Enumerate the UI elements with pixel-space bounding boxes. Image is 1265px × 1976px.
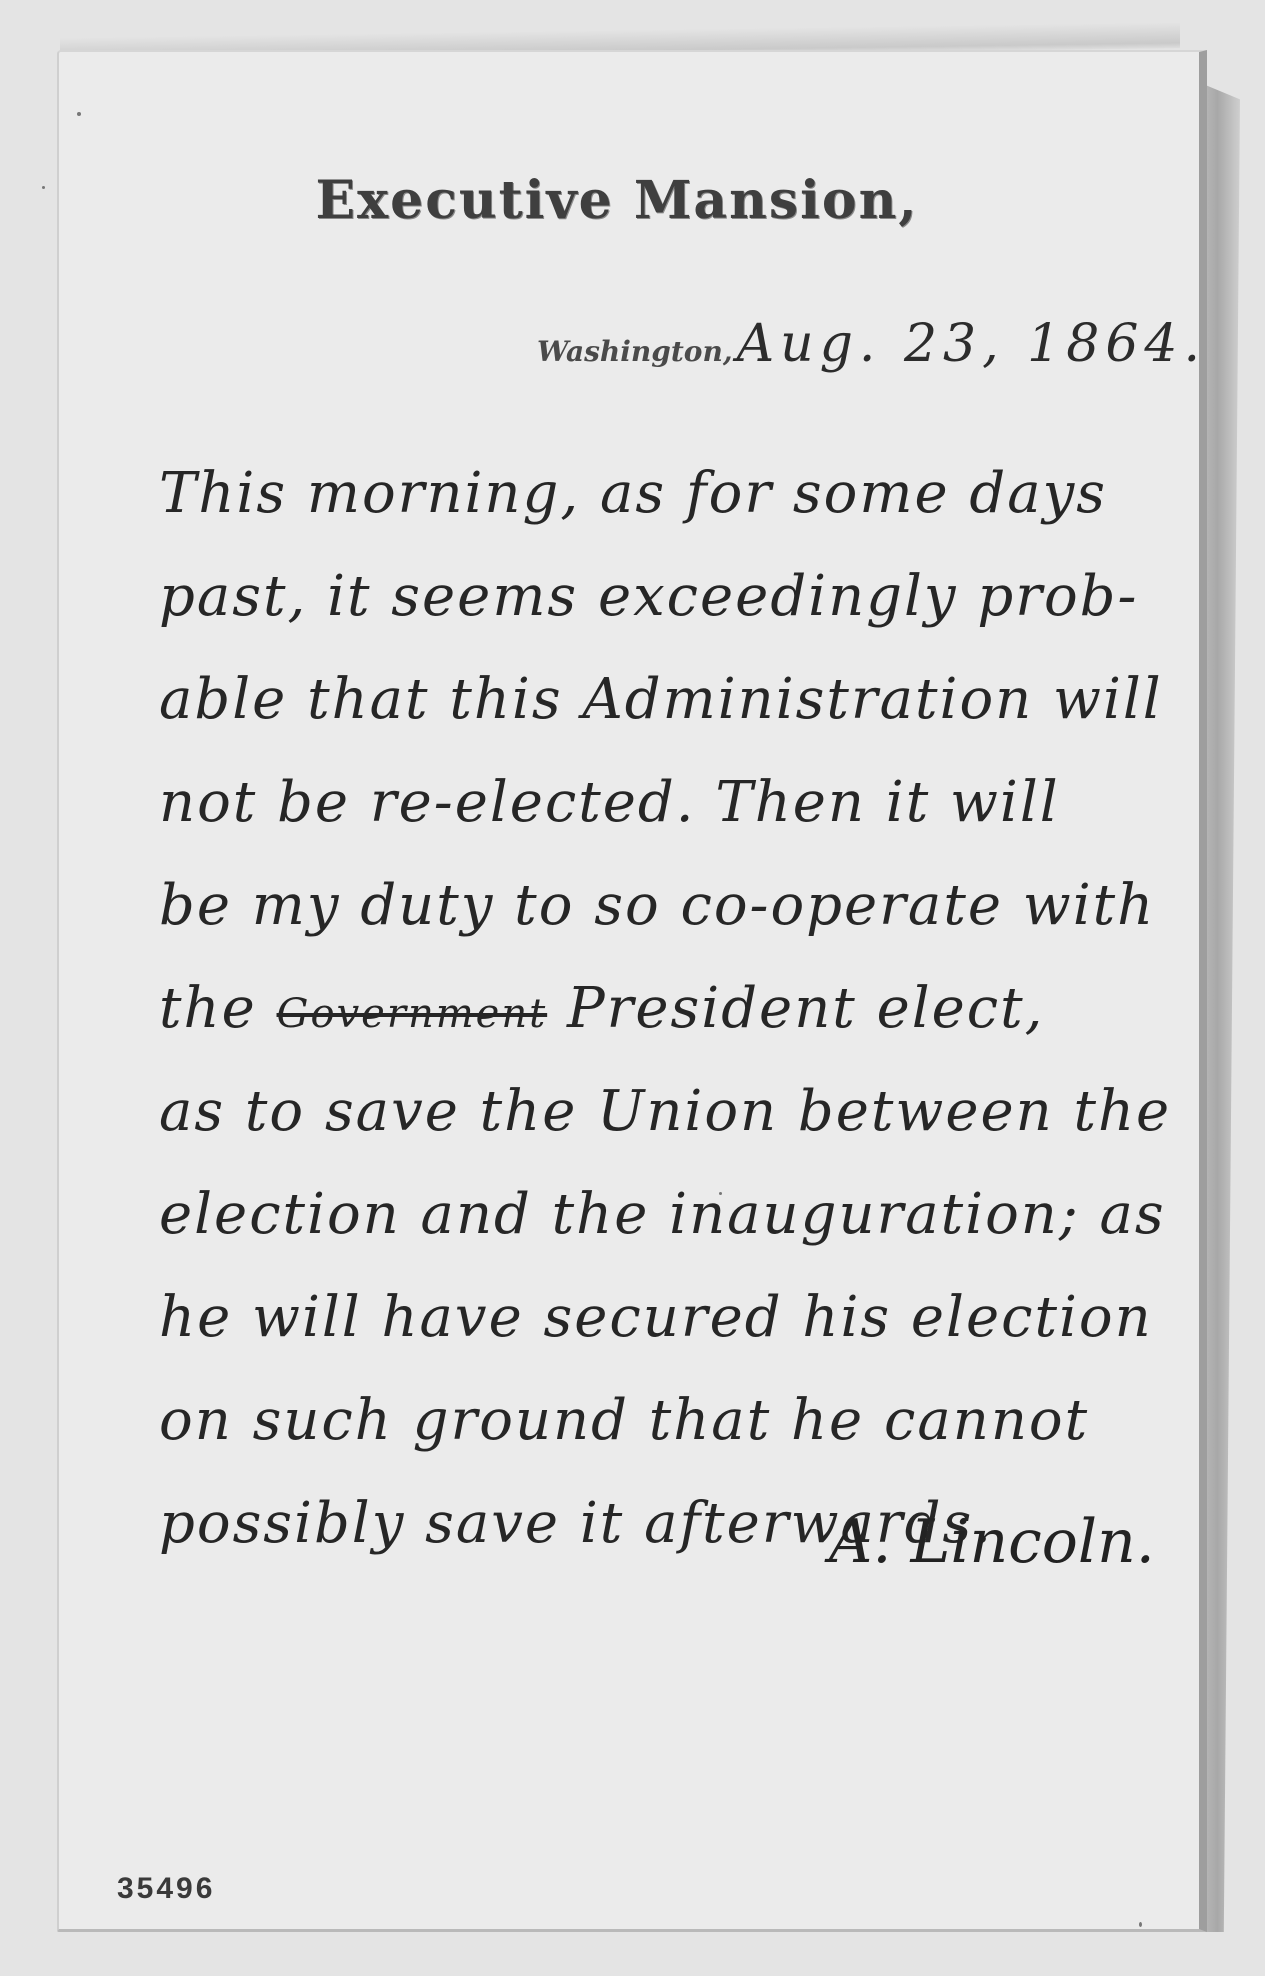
body-line: able that this Administration will — [159, 648, 1159, 751]
body-line-with-strikeout: the Government President elect, — [159, 957, 1159, 1060]
body-line: election and the inauguration; as — [159, 1163, 1159, 1266]
paper-speck — [77, 112, 81, 116]
dateline: Washington,Aug. 23, 1864. — [537, 314, 1206, 384]
dateline-place: Washington, — [537, 335, 733, 368]
body-line: This morning, as for some days — [159, 442, 1159, 545]
signature: A. Lincoln. — [829, 1507, 1155, 1577]
body-line-prefix: the — [159, 976, 257, 1041]
paper-speck — [1139, 1922, 1142, 1927]
body-line: not be re-elected. Then it will — [159, 751, 1159, 854]
background-speck — [42, 186, 45, 189]
struck-out-word: Government — [277, 991, 548, 1037]
archive-stamp-number: 35496 — [117, 1872, 215, 1906]
paper-speck — [719, 1192, 722, 1195]
body-line: he will have secured his election — [159, 1266, 1159, 1369]
letter-body: This morning, as for some days past, it … — [159, 442, 1159, 1575]
dateline-date: Aug. 23, 1864. — [737, 314, 1206, 374]
body-line: be my duty to so co-operate with — [159, 854, 1159, 957]
body-line: as to save the Union between the — [159, 1060, 1159, 1163]
body-line-suffix: President elect, — [567, 976, 1044, 1041]
letterhead-title: Executive Mansion, — [47, 170, 1187, 231]
body-line: on such ground that he cannot — [159, 1369, 1159, 1472]
body-line: past, it seems exceedingly prob- — [159, 545, 1159, 648]
letter-sheet: Executive Mansion, Washington,Aug. 23, 1… — [57, 50, 1207, 1932]
